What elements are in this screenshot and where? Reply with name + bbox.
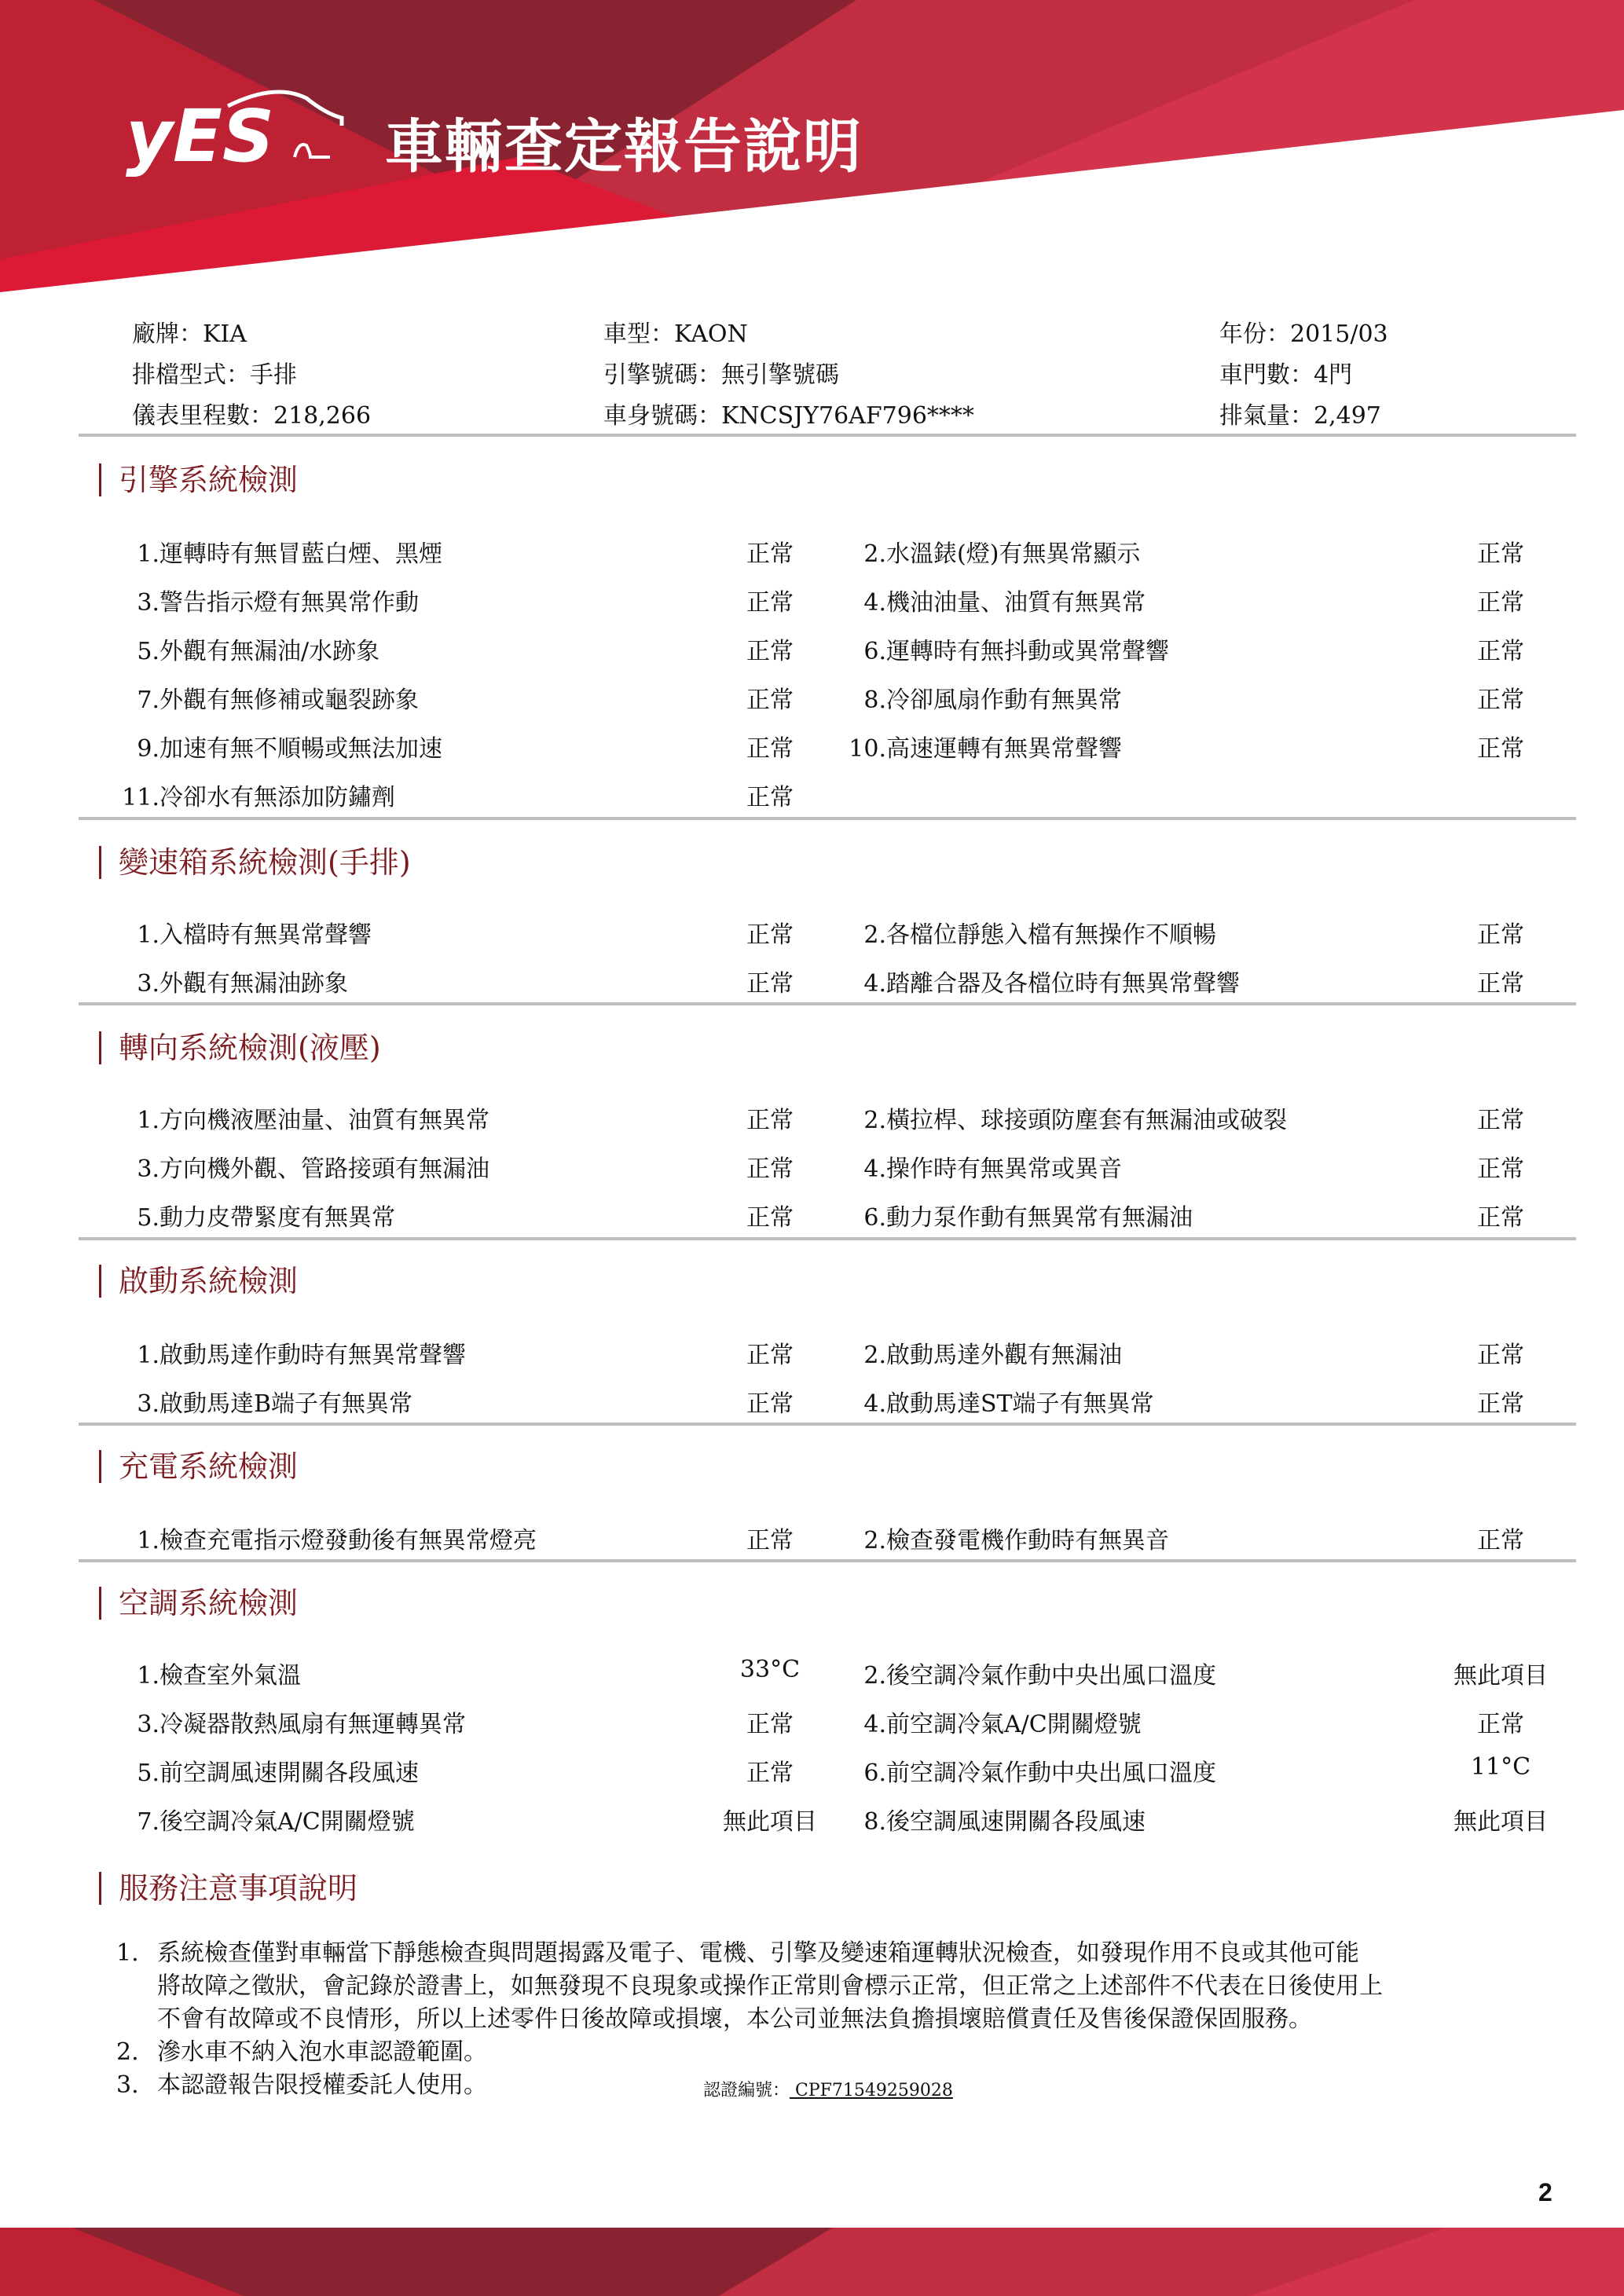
- check-status: 正常: [711, 1149, 829, 1184]
- check-status: 正常: [1442, 1705, 1560, 1739]
- footer-banner: [0, 2228, 1624, 2296]
- check-item: 8.後空調風速開關各段風速: [849, 1802, 1146, 1836]
- year: 年份：2015/03: [1219, 314, 1388, 349]
- svg-text:yES: yES: [126, 94, 274, 177]
- yes-logo: yES: [118, 82, 369, 177]
- note-item: 2. 滲水車不納入泡水車認證範圍。: [116, 2036, 1562, 2069]
- check-status: 正常: [711, 1753, 829, 1788]
- section-title-engine: 引擎系統檢測: [99, 463, 298, 496]
- check-status: 正常: [711, 729, 829, 764]
- check-item: 7.外觀有無修補或龜裂跡象: [122, 680, 419, 715]
- check-item: 3.外觀有無漏油跡象: [122, 964, 348, 998]
- page-number: 2: [1538, 2178, 1553, 2207]
- check-status: 正常: [1442, 583, 1560, 617]
- vin: 車身號碼：KNCSJY76AF796****: [603, 396, 974, 430]
- check-status: 正常: [1442, 1149, 1560, 1184]
- check-item: 6.動力泵作動有無異常有無漏油: [849, 1198, 1193, 1232]
- check-status: 正常: [1442, 964, 1560, 998]
- check-status: 正常: [1442, 1521, 1560, 1555]
- cert-code: CPF71549259028: [790, 2081, 953, 2100]
- divider: [79, 817, 1576, 820]
- check-status: 33°C: [711, 1656, 829, 1683]
- check-item: 4.啟動馬達ST端子有無異常: [849, 1384, 1154, 1419]
- check-status: 正常: [1442, 1100, 1560, 1135]
- section-title-service-notes: 服務注意事項說明: [99, 1872, 357, 1905]
- check-item: 3.冷凝器散熱風扇有無運轉異常: [122, 1705, 466, 1739]
- check-item: 5.外觀有無漏油/水跡象: [122, 632, 379, 666]
- check-item: 2.啟動馬達外觀有無漏油: [849, 1335, 1122, 1370]
- check-item: 3.方向機外觀、管路接頭有無漏油: [122, 1149, 489, 1184]
- divider: [79, 1423, 1576, 1426]
- report-title: 車輛查定報告說明: [385, 101, 863, 184]
- section-title-steering: 轉向系統檢測(液壓): [99, 1031, 381, 1064]
- check-status: 正常: [1442, 1198, 1560, 1232]
- check-item: 1.啟動馬達作動時有無異常聲響: [122, 1335, 466, 1370]
- check-item: 7.後空調冷氣A/C開關燈號: [122, 1802, 415, 1836]
- check-item: 4.操作時有無異常或異音: [849, 1149, 1122, 1184]
- cert-label: 認證編號：: [703, 2081, 790, 2100]
- check-item: 4.機油油量、油質有無異常: [849, 583, 1146, 617]
- check-item: 1.入檔時有無異常聲響: [122, 915, 372, 950]
- check-status: 正常: [711, 915, 829, 950]
- check-item: 9.加速有無不順暢或無法加速: [122, 729, 442, 764]
- check-item: 5.動力皮帶緊度有無異常: [122, 1198, 395, 1232]
- divider: [79, 1559, 1576, 1562]
- section-title-air-conditioning: 空調系統檢測: [99, 1587, 298, 1620]
- check-item: 2.各檔位靜態入檔有無操作不順暢: [849, 915, 1216, 950]
- displacement: 排氣量：2,497: [1219, 396, 1381, 430]
- check-status: 正常: [1442, 1335, 1560, 1370]
- check-item: 6.運轉時有無抖動或異常聲響: [849, 632, 1169, 666]
- door-count: 車門數：4門: [1219, 355, 1352, 390]
- check-status: 正常: [711, 1705, 829, 1739]
- divider: [79, 1237, 1576, 1240]
- check-status: 正常: [711, 1521, 829, 1555]
- odometer: 儀表里程數：218,266: [132, 396, 371, 430]
- check-status: 正常: [711, 1198, 829, 1232]
- check-status: 正常: [711, 964, 829, 998]
- check-status: 正常: [1442, 680, 1560, 715]
- info-row: 儀表里程數：218,266 車身號碼：KNCSJY76AF796**** 排氣量…: [132, 396, 1578, 437]
- info-row: 排檔型式：手排 引擎號碼：無引擎號碼 車門數：4門: [132, 355, 1578, 396]
- check-status: 正常: [711, 1100, 829, 1135]
- check-status: 正常: [1442, 534, 1560, 569]
- check-status: 正常: [711, 680, 829, 715]
- check-item: 1.方向機液壓油量、油質有無異常: [122, 1100, 489, 1135]
- brand: 廠牌：KIA: [132, 314, 247, 349]
- info-row: 廠牌：KIA 車型：KAON 年份：2015/03: [132, 314, 1578, 355]
- check-status: 正常: [711, 778, 829, 812]
- certification-number: 認證編號： CPF71549259028: [703, 2077, 953, 2101]
- check-item: 10.高速運轉有無異常聲響: [833, 729, 1122, 764]
- divider: [79, 434, 1576, 437]
- check-item: 4.踏離合器及各檔位時有無異常聲響: [849, 964, 1240, 998]
- check-item: 2.水溫錶(燈)有無異常顯示: [849, 534, 1140, 569]
- check-status: 正常: [711, 534, 829, 569]
- section-title-starter: 啟動系統檢測: [99, 1265, 298, 1298]
- check-status: 正常: [1442, 915, 1560, 950]
- check-item: 2.橫拉桿、球接頭防塵套有無漏油或破裂: [849, 1100, 1287, 1135]
- check-status: 正常: [1442, 632, 1560, 666]
- check-item: 5.前空調風速開關各段風速: [122, 1753, 419, 1788]
- check-status: 11°C: [1442, 1753, 1560, 1781]
- divider: [79, 1002, 1576, 1005]
- check-item: 6.前空調冷氣作動中央出風口溫度: [849, 1753, 1216, 1788]
- check-status: 正常: [711, 632, 829, 666]
- note-item: 1. 系統檢查僅對車輛當下靜態檢查與問題揭露及電子、電機、引擎及變速箱運轉狀況檢…: [116, 1937, 1562, 2036]
- check-status: 正常: [1442, 1384, 1560, 1419]
- check-item: 4.前空調冷氣A/C開關燈號: [849, 1705, 1142, 1739]
- vehicle-info: 廠牌：KIA 車型：KAON 年份：2015/03 排檔型式：手排 引擎號碼：無…: [132, 314, 1578, 437]
- engine-number: 引擎號碼：無引擎號碼: [603, 355, 839, 390]
- check-item: 2.後空調冷氣作動中央出風口溫度: [849, 1656, 1216, 1690]
- transmission-type: 排檔型式：手排: [132, 355, 297, 390]
- check-status: 正常: [711, 1384, 829, 1419]
- check-item: 1.檢查充電指示燈發動後有無異常燈亮: [122, 1521, 537, 1555]
- check-status: 正常: [711, 583, 829, 617]
- section-title-transmission: 變速箱系統檢測(手排): [99, 846, 411, 879]
- check-item: 3.警告指示燈有無異常作動: [122, 583, 419, 617]
- check-item: 1.檢查室外氣溫: [122, 1656, 301, 1690]
- check-status: 正常: [1442, 729, 1560, 764]
- check-status: 無此項目: [711, 1802, 829, 1836]
- check-item: 1.運轉時有無冒藍白煙、黑煙: [122, 534, 442, 569]
- check-status: 無此項目: [1442, 1802, 1560, 1836]
- check-item: 8.冷卻風扇作動有無異常: [849, 680, 1122, 715]
- check-item: 2.檢查發電機作動時有無異音: [849, 1521, 1169, 1555]
- check-item: 11.冷卻水有無添加防鏽劑: [106, 778, 395, 812]
- check-status: 無此項目: [1442, 1656, 1560, 1690]
- section-title-charging: 充電系統檢測: [99, 1450, 298, 1483]
- check-item: 3.啟動馬達B端子有無異常: [122, 1384, 412, 1419]
- model: 車型：KAON: [603, 314, 748, 349]
- check-status: 正常: [711, 1335, 829, 1370]
